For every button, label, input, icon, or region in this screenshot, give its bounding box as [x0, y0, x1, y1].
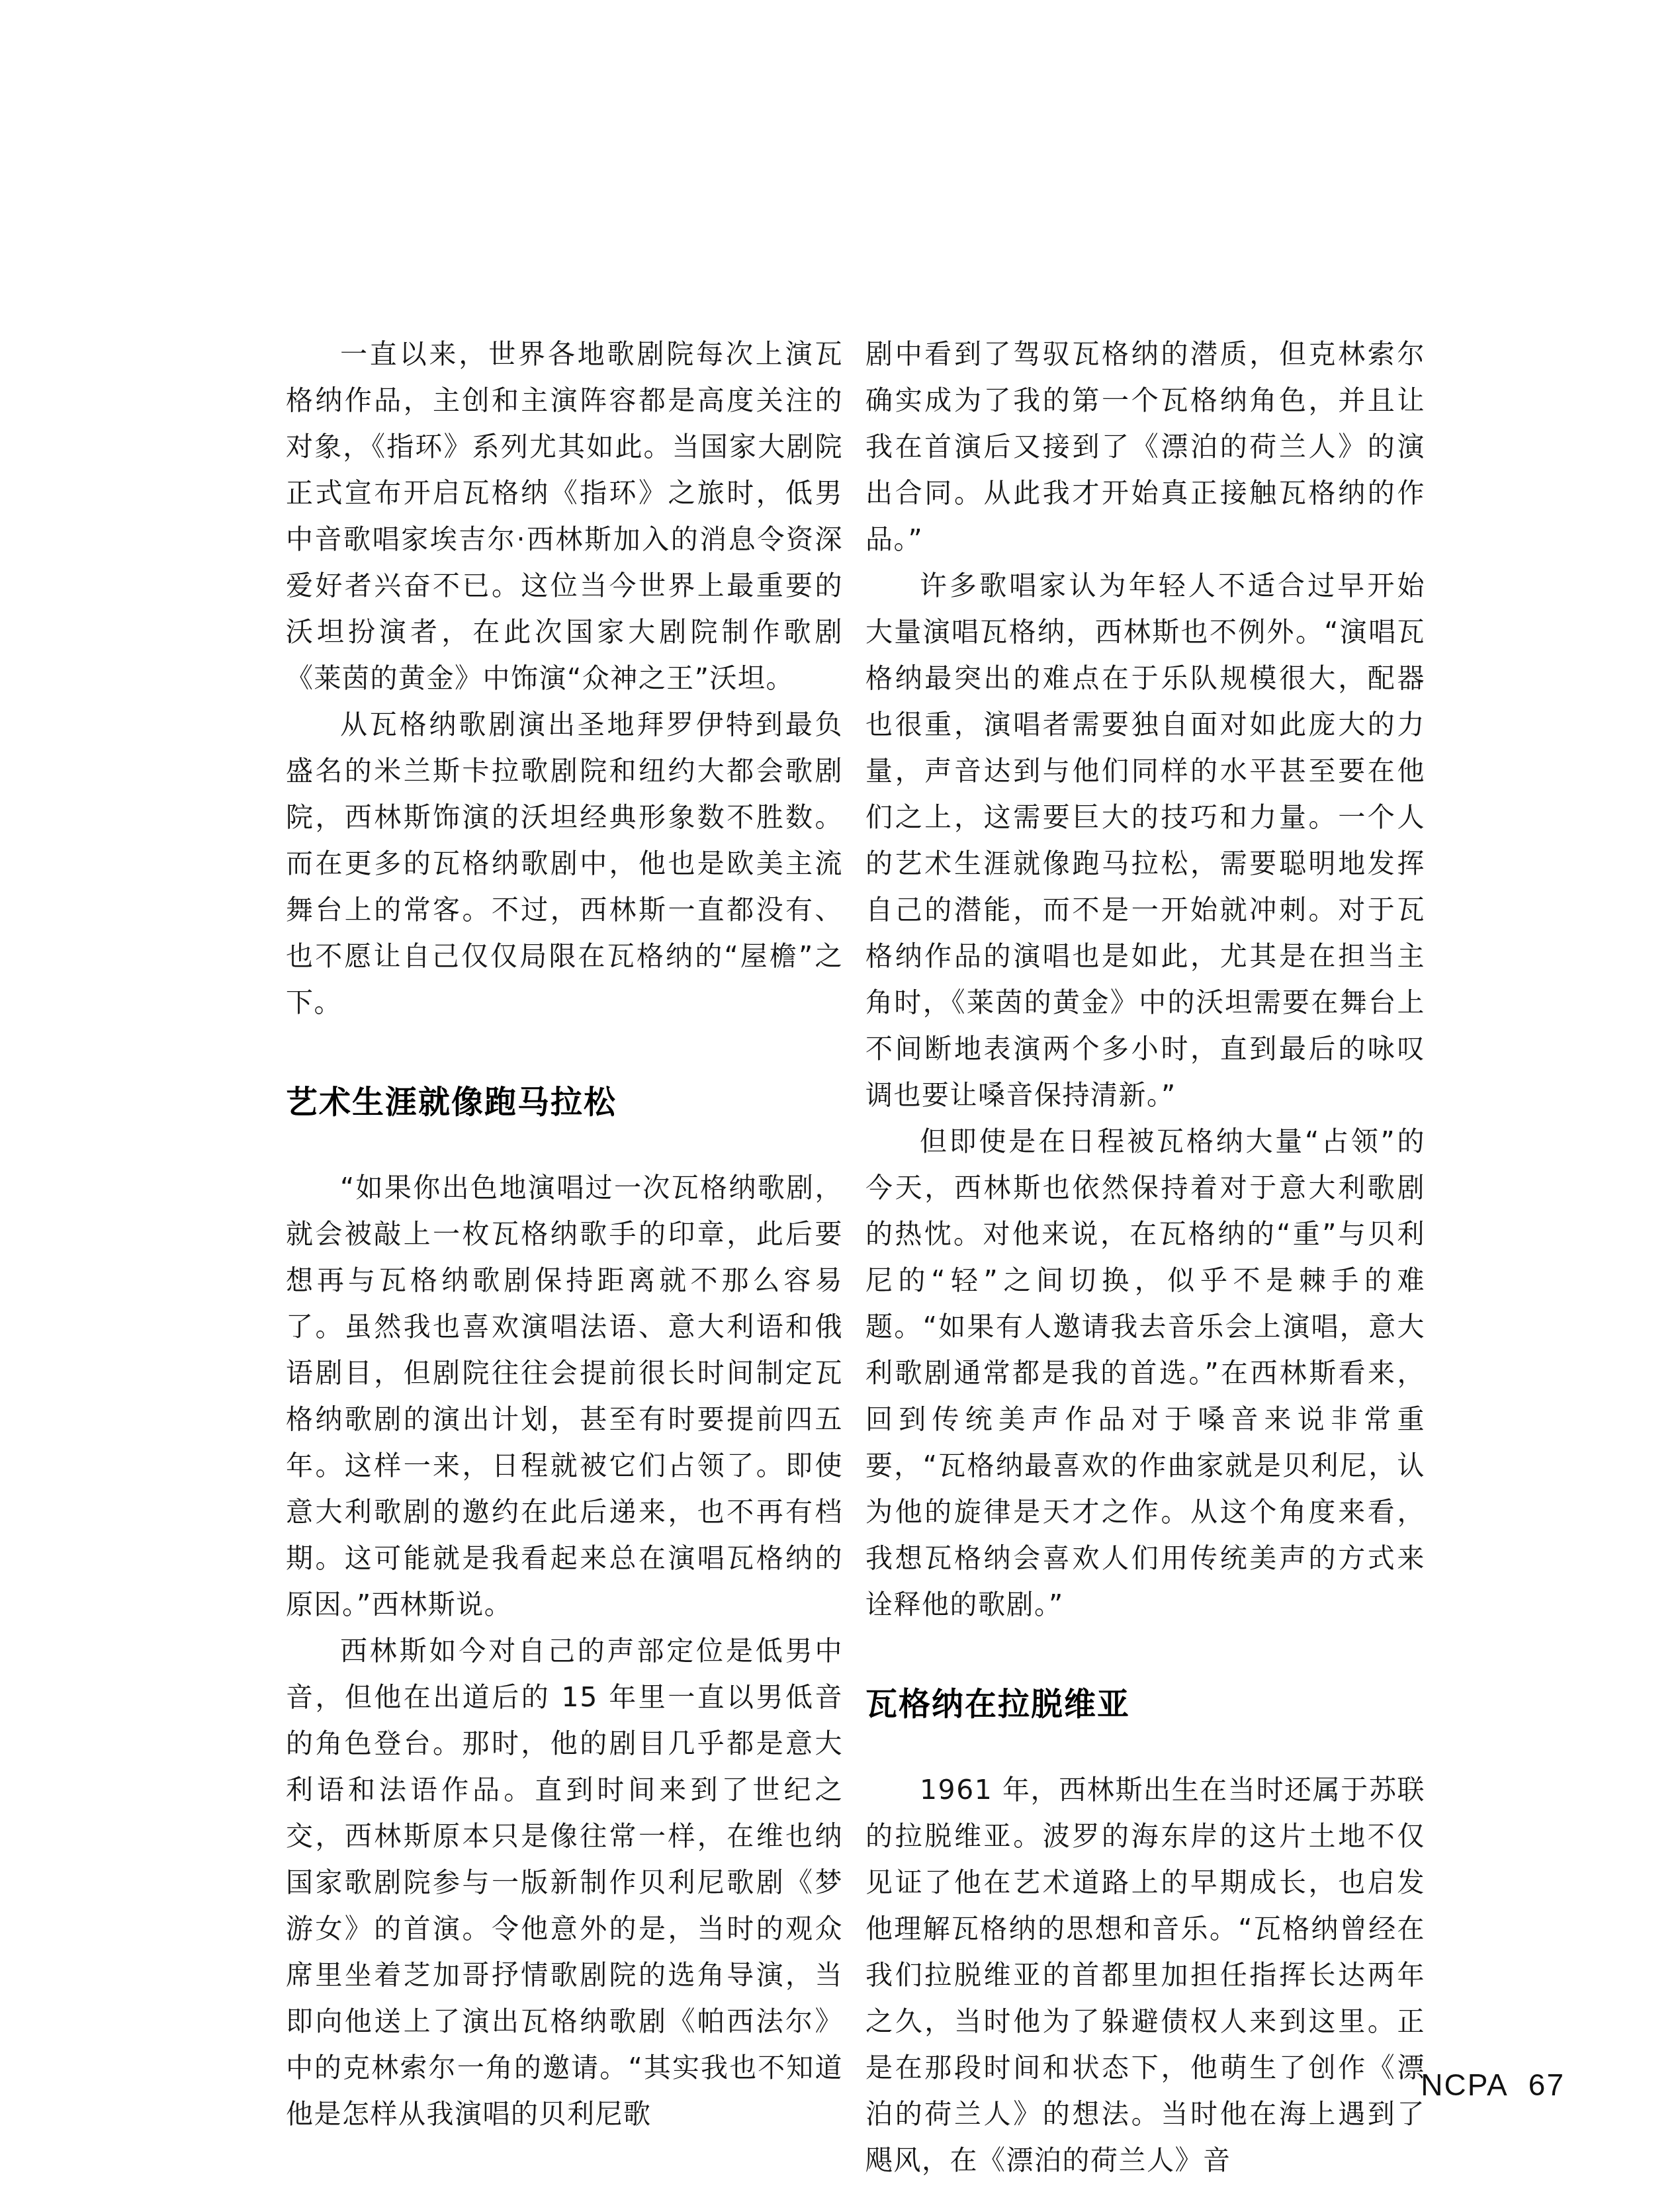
paragraph: 但即使是在日程被瓦格纳大量“占领”的今天，西林斯也依然保持着对于意大利歌剧的热忱… [865, 1118, 1425, 1628]
paragraph: 一直以来，世界各地歌剧院每次上演瓦格纳作品，主创和主演阵容都是高度关注的对象，《… [286, 331, 843, 701]
paragraph: 1961 年，西林斯出生在当时还属于苏联的拉脱维亚。波罗的海东岸的这片土地不仅见… [865, 1767, 1425, 2183]
paragraph: 从瓦格纳歌剧演出圣地拜罗伊特到最负盛名的米兰斯卡拉歌剧院和纽约大都会歌剧院，西林… [286, 701, 843, 1026]
article-column-right: 剧中看到了驾驭瓦格纳的潜质，但克林索尔确实成为了我的第一个瓦格纳角色，并且让我在… [865, 331, 1425, 2183]
section-heading: 瓦格纳在拉脱维亚 [865, 1685, 1425, 1724]
section-heading: 艺术生涯就像跑马拉松 [286, 1082, 843, 1122]
paragraph: 剧中看到了驾驭瓦格纳的潜质，但克林索尔确实成为了我的第一个瓦格纳角色，并且让我在… [865, 331, 1425, 562]
magazine-page: 一直以来，世界各地歌剧院每次上演瓦格纳作品，主创和主演阵容都是高度关注的对象，《… [0, 0, 1680, 2188]
paragraph: 许多歌唱家认为年轻人不适合过早开始大量演唱瓦格纳，西林斯也不例外。“演唱瓦格纳最… [865, 562, 1425, 1118]
paragraph: 西林斯如今对自己的声部定位是低男中音，但他在出道后的 15 年里一直以男低音的角… [286, 1628, 843, 2137]
page-number: NCPA 67 [1421, 2068, 1565, 2101]
paragraph: “如果你出色地演唱过一次瓦格纳歌剧，就会被敲上一枚瓦格纳歌手的印章，此后要想再与… [286, 1164, 843, 1628]
article-column-left: 一直以来，世界各地歌剧院每次上演瓦格纳作品，主创和主演阵容都是高度关注的对象，《… [286, 331, 843, 2137]
